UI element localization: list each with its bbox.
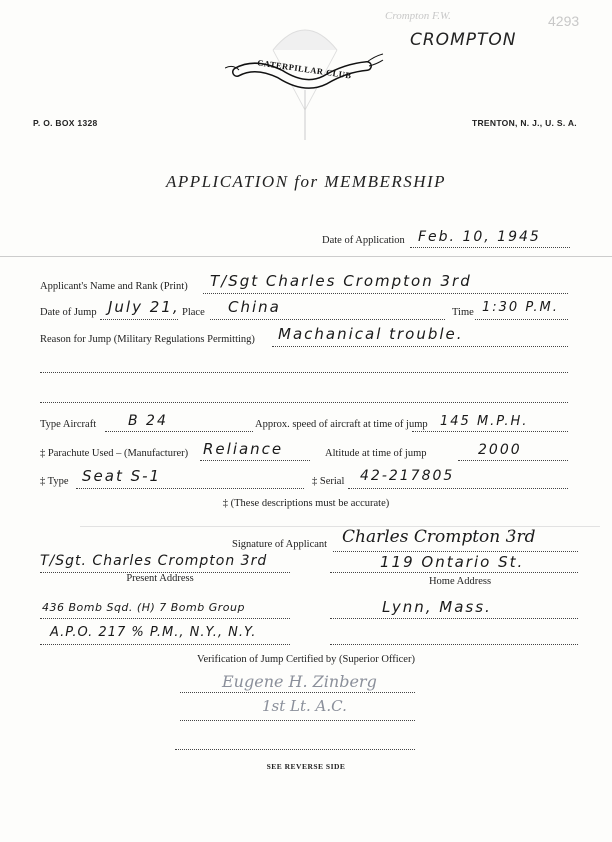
faint-pencil-note: Crompton F.W. xyxy=(385,10,451,22)
location: TRENTON, N. J., U. S. A. xyxy=(472,118,577,128)
officer-signature[interactable]: Eugene H. Zinberg xyxy=(222,672,377,691)
parachute-label: ‡ Parachute Used – (Manufacturer) xyxy=(40,448,188,459)
home-address-line-2[interactable]: Lynn, Mass. xyxy=(382,598,492,616)
speed-field[interactable]: 145 M.P.H. xyxy=(440,414,528,429)
altitude-label: Altitude at time of jump xyxy=(325,448,426,459)
present-address-label: Present Address xyxy=(80,573,240,584)
parachute-field[interactable]: Reliance xyxy=(203,440,283,458)
name-stamp: CROMPTON xyxy=(410,30,516,50)
divider xyxy=(0,256,612,257)
date-of-jump-label: Date of Jump xyxy=(40,307,97,318)
caterpillar-club-logo: CATERPILLAR CLUB xyxy=(225,10,385,140)
home-address-line-1[interactable]: 119 Ontario St. xyxy=(380,553,524,571)
name-rank-label: Applicant's Name and Rank (Print) xyxy=(40,281,188,292)
po-box: P. O. BOX 1328 xyxy=(33,118,98,128)
signature-label: Signature of Applicant xyxy=(232,539,327,550)
officer-rank[interactable]: 1st Lt. A.C. xyxy=(262,697,347,715)
serial-field[interactable]: 42-217805 xyxy=(360,468,454,484)
place-label: Place xyxy=(182,307,205,318)
reason-field[interactable]: Machanical trouble. xyxy=(278,325,464,343)
present-address-line-3[interactable]: A.P.O. 217 % P.M., N.Y., N.Y. xyxy=(50,625,256,640)
parachute-type-label: ‡ Type xyxy=(40,476,69,487)
parachute-type-field[interactable]: Seat S-1 xyxy=(82,467,161,485)
present-address-line-1[interactable]: T/Sgt. Charles Crompton 3rd xyxy=(40,553,267,569)
type-aircraft-field[interactable]: B 24 xyxy=(128,413,168,429)
parachute-icon xyxy=(225,10,385,140)
reason-label: Reason for Jump (Military Regulations Pe… xyxy=(40,334,255,345)
date-of-application-label: Date of Application xyxy=(322,235,405,246)
altitude-field[interactable]: 2000 xyxy=(478,442,522,458)
form-title: APPLICATION for MEMBERSHIP xyxy=(0,172,612,192)
reason-extra-line-1[interactable] xyxy=(40,372,568,373)
applicant-signature[interactable]: Charles Crompton 3rd xyxy=(342,527,535,547)
verification-label: Verification of Jump Certified by (Super… xyxy=(0,654,612,665)
home-address-label: Home Address xyxy=(380,576,540,587)
see-reverse-side: SEE REVERSE SIDE xyxy=(0,762,612,771)
present-address-line-2[interactable]: 436 Bomb Sqd. (H) 7 Bomb Group xyxy=(42,601,245,614)
date-of-application-field[interactable]: Feb. 10, 1945 xyxy=(418,229,541,245)
accuracy-note: ‡ (These descriptions must be accurate) xyxy=(0,498,612,509)
type-aircraft-label: Type Aircraft xyxy=(40,419,96,430)
place-field[interactable]: China xyxy=(228,298,281,316)
date-of-jump-field[interactable]: July 21, xyxy=(108,298,180,316)
time-field[interactable]: 1:30 P.M. xyxy=(482,300,559,315)
file-number: 4293 xyxy=(548,13,579,29)
time-label: Time xyxy=(452,307,474,318)
reason-extra-line-2[interactable] xyxy=(40,402,568,403)
name-rank-field[interactable]: T/Sgt Charles Crompton 3rd xyxy=(210,272,472,290)
serial-label: ‡ Serial xyxy=(312,476,344,487)
speed-label: Approx. speed of aircraft at time of jum… xyxy=(255,419,428,430)
